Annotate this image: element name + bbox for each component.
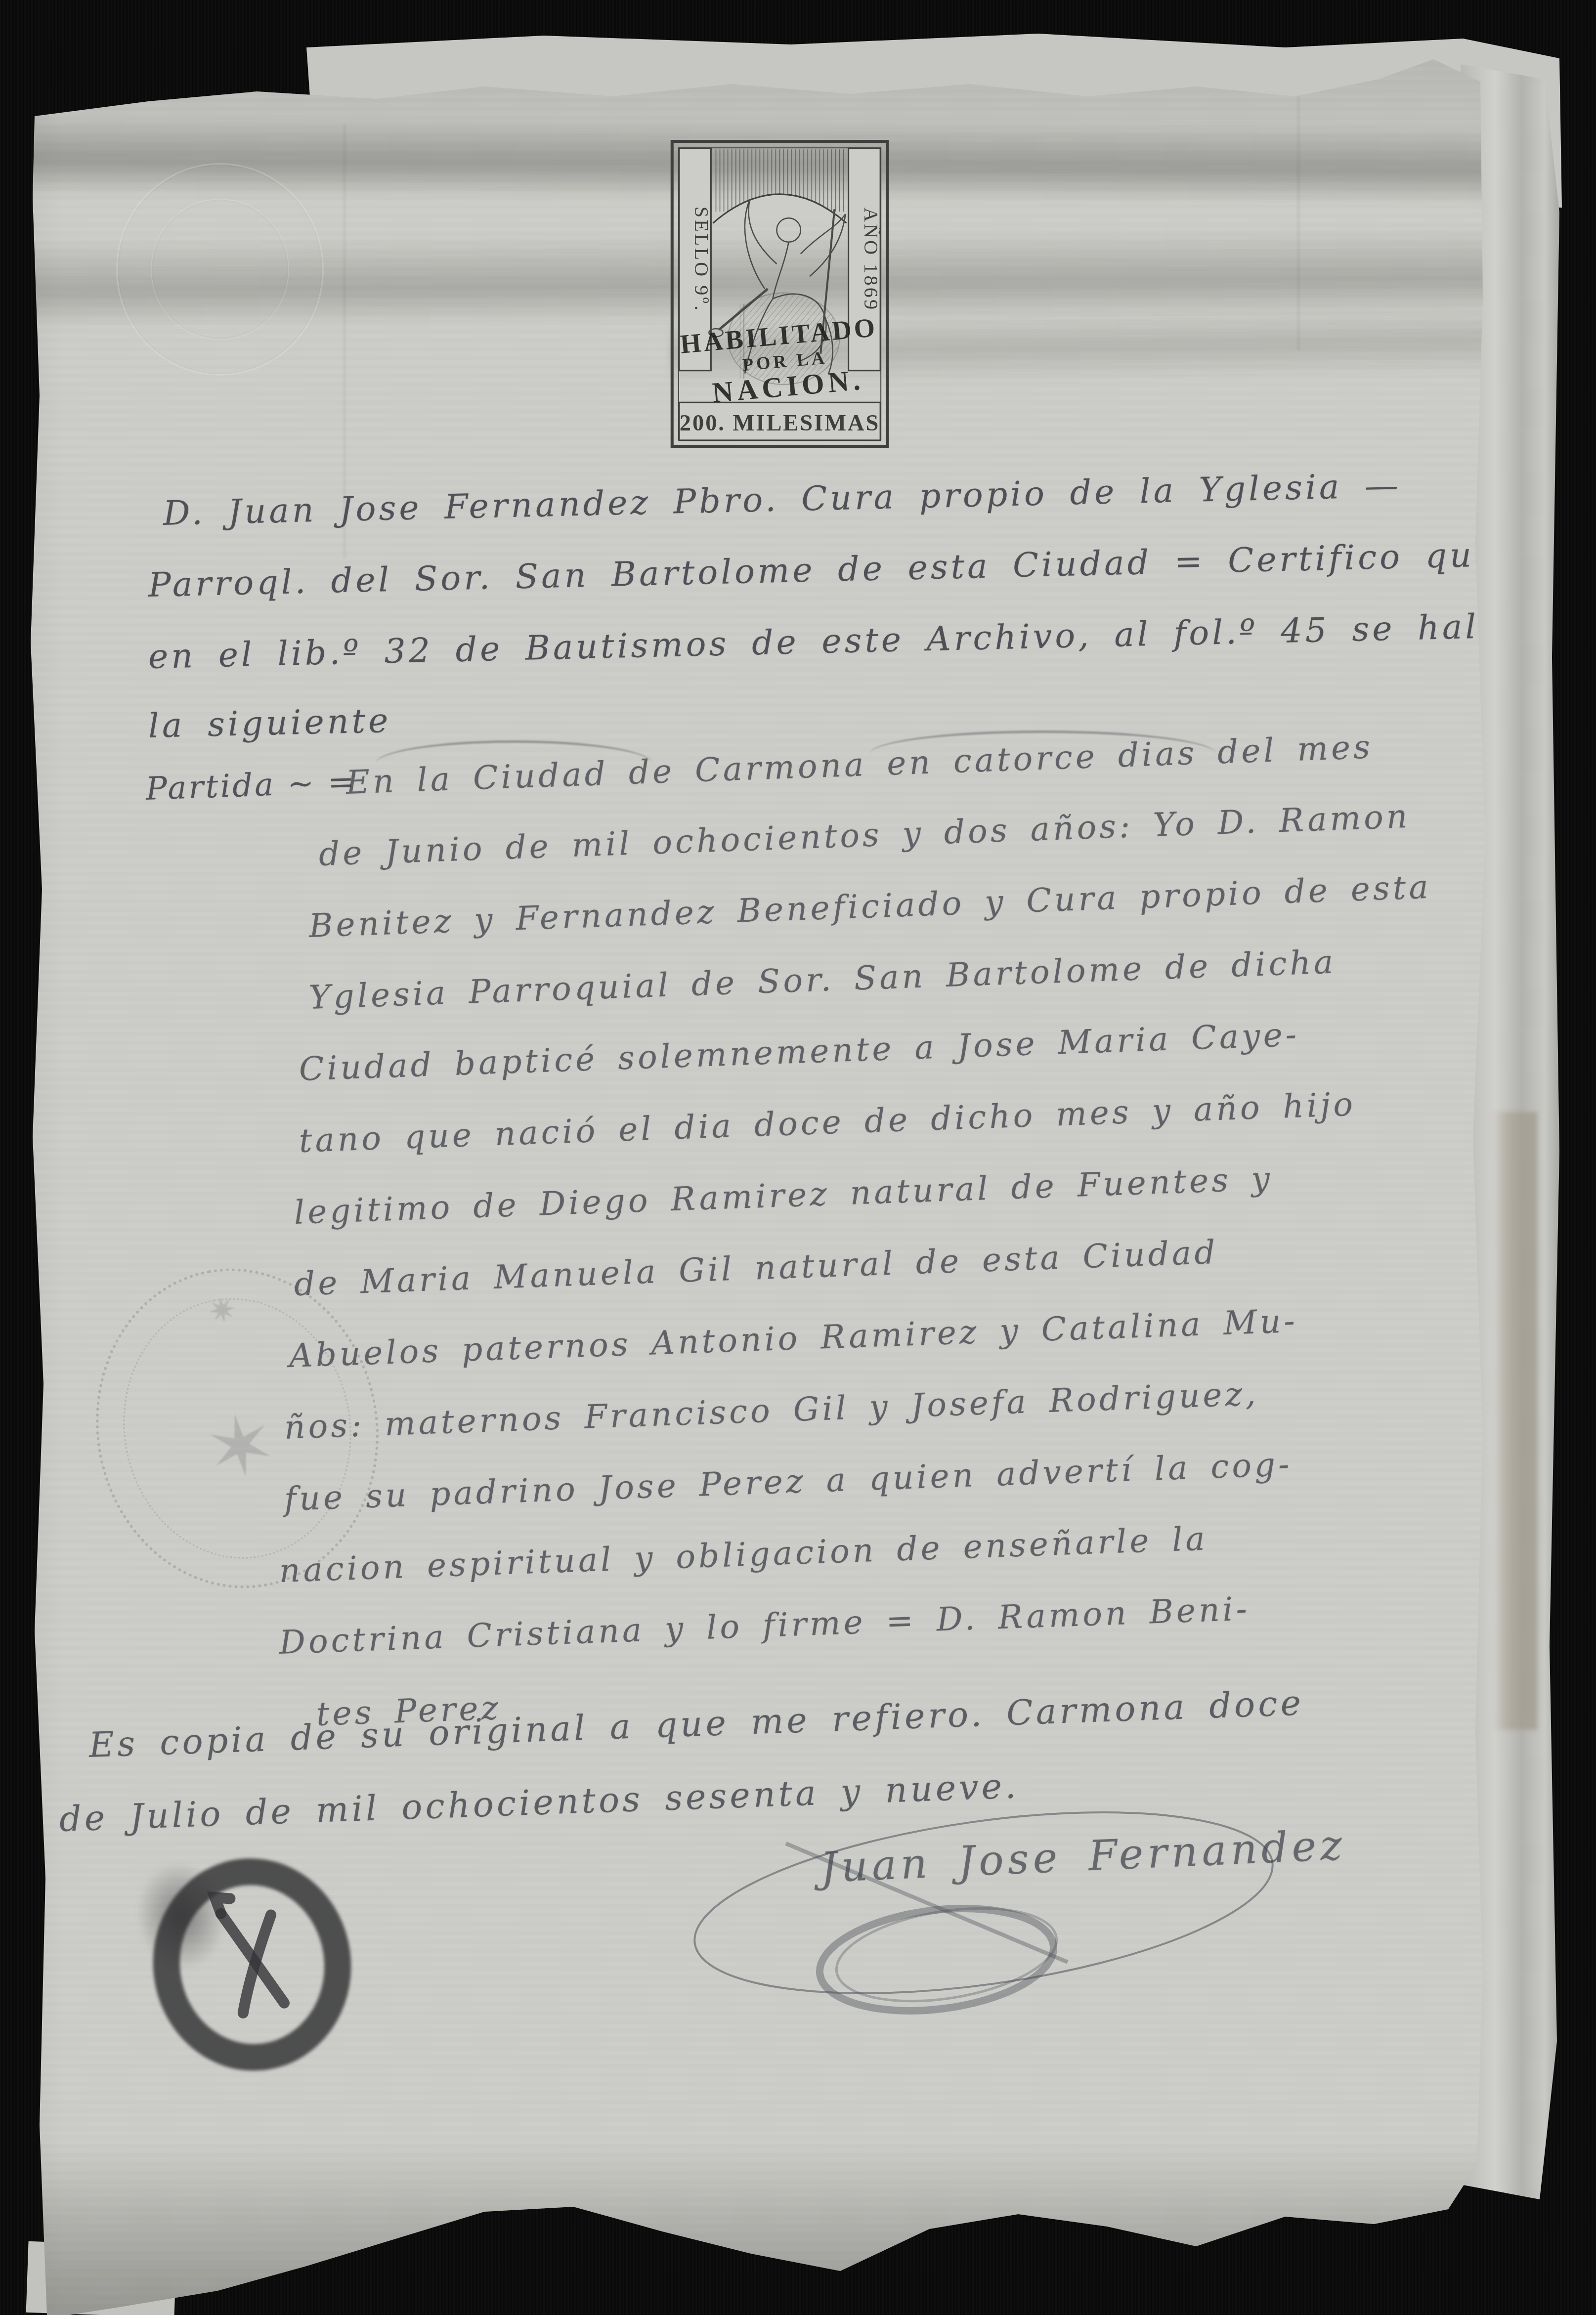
entry-line: Ciudad bapticé solemnemente a Jose Maria… bbox=[299, 1015, 1300, 1088]
scanned-baptism-certificate: SELLO 9º. AÑO 1869 200. MILESIMAS bbox=[0, 0, 1596, 2315]
embossed-seal-inner-ring bbox=[151, 199, 289, 340]
entry-margin-label: Partida ~ = bbox=[145, 764, 357, 808]
bottom-edge-shadow bbox=[0, 2140, 1596, 2315]
embossed-seal bbox=[116, 163, 324, 376]
entry-line: de Maria Manuela Gil natural de esta Ciu… bbox=[294, 1233, 1219, 1303]
entry-line: legitimo de Diego Ramirez natural de Fue… bbox=[294, 1159, 1274, 1232]
under-sheet-stain bbox=[1493, 1112, 1537, 1730]
certification-line: en el lib.º 32 de Bautismos de este Arch… bbox=[148, 606, 1516, 677]
entry-line: Doctrina Cristiana y lo firme = D. Ramon… bbox=[279, 1589, 1251, 1662]
ink-oval-seal bbox=[141, 1847, 363, 2082]
revenue-stamp: SELLO 9º. AÑO 1869 200. MILESIMAS bbox=[670, 139, 890, 448]
parish-round-stamp: ✶ ✷ bbox=[71, 1245, 404, 1611]
certification-line: Parroql. del Sor. San Bartolome de esta … bbox=[148, 535, 1498, 605]
entry-line: Benitez y Fernandez Beneficiado y Cura p… bbox=[308, 868, 1432, 945]
entry-line: Yglesia Parroquial de Sor. San Bartolome… bbox=[308, 943, 1337, 1017]
entry-line: de Junio de mil ochocientos y dos años: … bbox=[318, 797, 1411, 873]
entry-line: tano que nació el dia doce de dicho mes … bbox=[299, 1085, 1357, 1160]
paper-crease bbox=[1297, 94, 1299, 351]
stamp-right-label: AÑO 1869 bbox=[860, 208, 882, 311]
closing-line: Es copia de su original a que me refiero… bbox=[88, 1682, 1305, 1765]
document-page: SELLO 9º. AÑO 1869 200. MILESIMAS bbox=[0, 0, 1596, 2315]
certification-line: D. Juan Jose Fernandez Pbro. Cura propio… bbox=[163, 466, 1402, 533]
stamp-left-label: SELLO 9º. bbox=[690, 207, 713, 313]
certification-line: la siguiente bbox=[148, 701, 391, 746]
entry-line: fue su padrino Jose Perez a quien advert… bbox=[284, 1445, 1293, 1518]
oval-seal-crossed-emblem bbox=[141, 1847, 363, 2082]
entry-line: ños: maternos Francisco Gil y Josefa Rod… bbox=[284, 1374, 1259, 1447]
entry-line: En la Ciudad de Carmona en catorce dias … bbox=[345, 728, 1374, 802]
entry-line: nacion espiritual y obligacion de enseña… bbox=[279, 1519, 1208, 1590]
stamp-denomination: 200. MILESIMAS bbox=[680, 411, 880, 436]
entry-line: Abuelos paternos Antonio Ramirez y Catal… bbox=[289, 1302, 1298, 1375]
